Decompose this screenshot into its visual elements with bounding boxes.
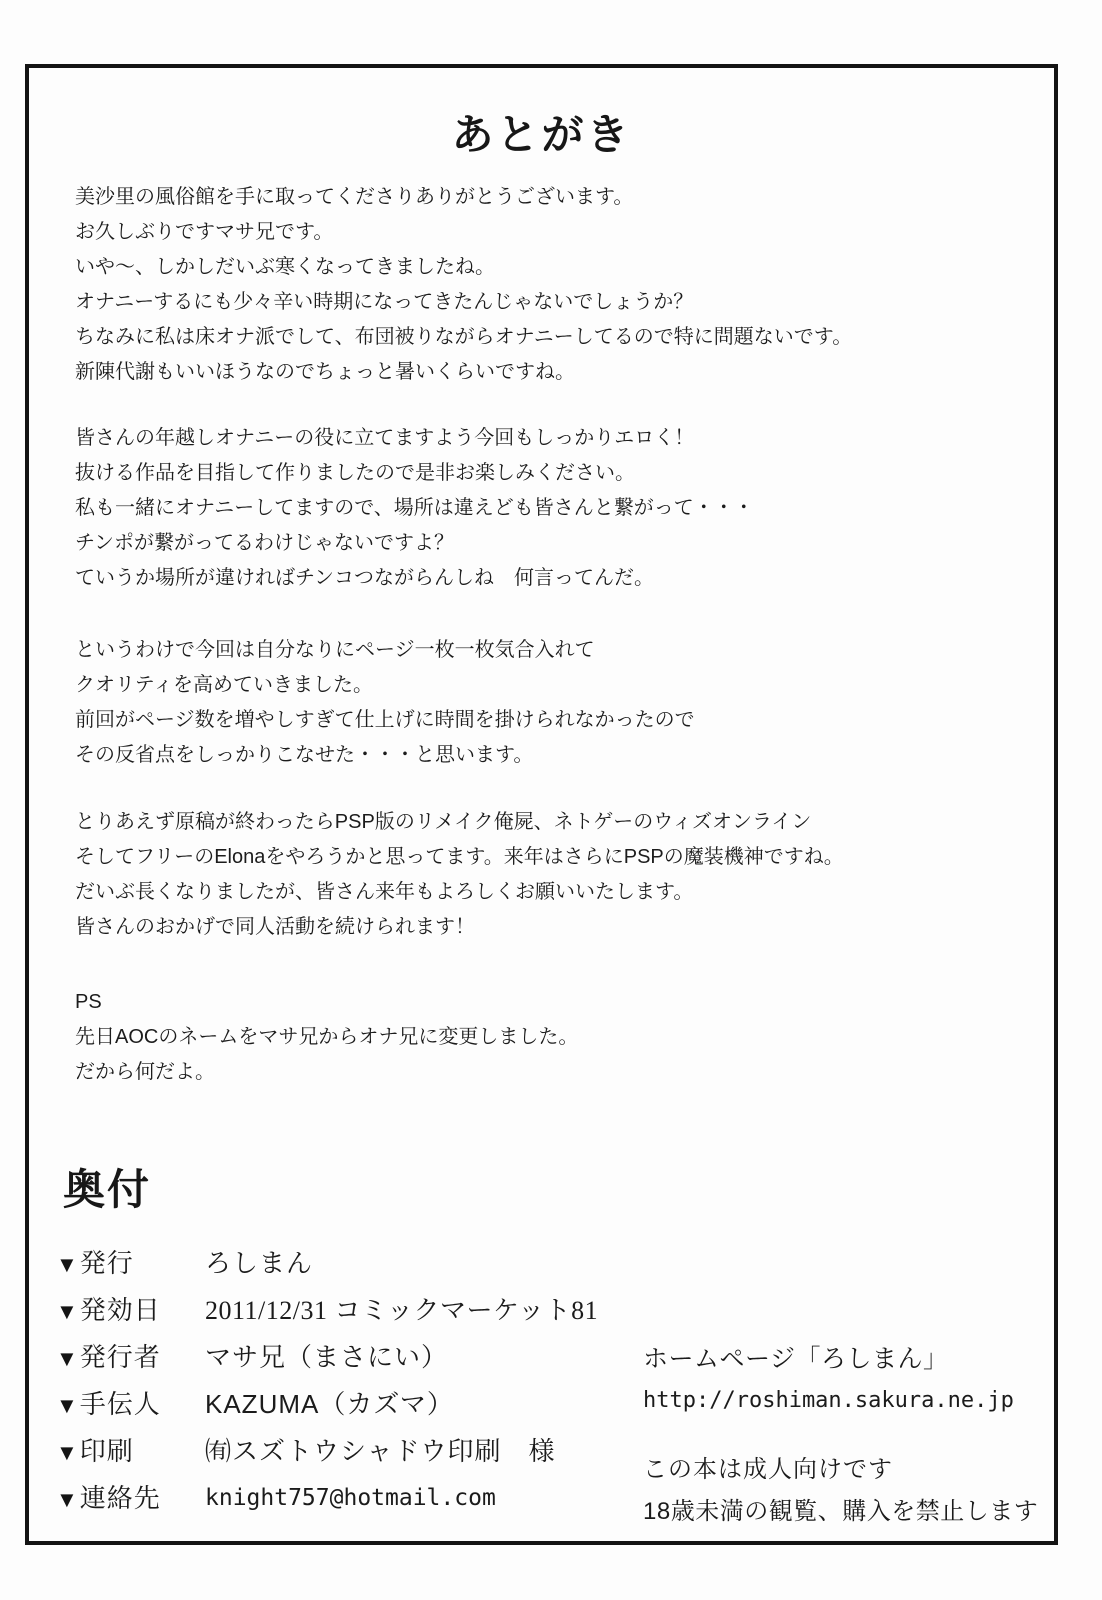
colophon-heading: 奥付 — [63, 1157, 151, 1217]
adult-notice-line1: この本は成人向けです — [643, 1449, 893, 1484]
adult-notice-line2: 18歳未満の観覧、購入を禁止します — [643, 1491, 1038, 1526]
afterword-line: オナニーするにも少々辛い時期になってきたんじゃないでしょうか？ — [75, 285, 1038, 320]
afterword-line: いや～、しかしだいぶ寒くなってきましたね。 — [75, 250, 1038, 285]
colophon-value: マサ兄（まさにい） — [205, 1334, 448, 1381]
afterword-line: 新陳代謝もいいほうなのでちょっと暑いくらいですね。 — [75, 355, 1038, 390]
afterword-line: 私も一緒にオナニーしてますので、場所は違えども皆さんと繋がって・・・ — [75, 491, 1038, 526]
contact-email: knight757@hotmail.com — [205, 1475, 496, 1522]
afterword-paragraph-2: 皆さんの年越しオナニーの役に立てますよう今回もしっかりエロく！ 抜ける作品を目指… — [75, 421, 1038, 596]
afterword-line: ていうか場所が違ければチンコつながらんしね 何言ってんだ。 — [75, 561, 1038, 596]
triangle-marker-icon: ▼ — [56, 1393, 78, 1418]
afterword-line: その反省点をしっかりこなせた・・・と思います。 — [75, 738, 1038, 773]
colophon-value: KAZUMA（カズマ） — [205, 1381, 454, 1428]
triangle-marker-icon: ▼ — [56, 1440, 78, 1465]
homepage-label: ホームページ「ろしまん」 — [643, 1339, 949, 1375]
triangle-marker-icon: ▼ — [56, 1299, 78, 1324]
colophon-label: 連絡先 — [80, 1483, 161, 1513]
afterword-paragraph-1: 美沙里の風俗館を手に取ってくださりありがとうございます。 お久しぶりですマサ兄で… — [75, 180, 1038, 390]
afterword-line: 皆さんのおかげで同人活動を続けられます！ — [75, 910, 1038, 945]
afterword-line: だから何だよ。 — [75, 1055, 1038, 1090]
triangle-marker-icon: ▼ — [56, 1346, 78, 1371]
afterword-line: クオリティを高めていきました。 — [75, 668, 1038, 703]
afterword-paragraph-ps: PS 先日AOCのネームをマサ兄からオナ兄に変更しました。 だから何だよ。 — [75, 985, 1038, 1090]
afterword-line: PS — [75, 985, 1038, 1020]
colophon-label: 印刷 — [80, 1436, 134, 1466]
afterword-line: とりあえず原稿が終わったらPSP版のリメイク俺屍、ネトゲーのウィズオンライン — [75, 805, 1038, 840]
content-frame: あとがき 美沙里の風俗館を手に取ってくださりありがとうございます。 お久しぶりで… — [25, 64, 1058, 1545]
triangle-marker-icon: ▼ — [56, 1252, 78, 1277]
afterword-line: チンポが繋がってるわけじゃないですよ？ — [75, 526, 1038, 561]
afterword-paragraph-4: とりあえず原稿が終わったらPSP版のリメイク俺屍、ネトゲーのウィズオンライン そ… — [75, 805, 1038, 945]
site-info-block: ホームページ「ろしまん」 http://roshiman.sakura.ne.j… — [643, 1339, 1047, 1559]
afterword-line: だいぶ長くなりましたが、皆さん来年もよろしくお願いいたします。 — [75, 875, 1038, 910]
afterword-line: お久しぶりですマサ兄です。 — [75, 215, 1038, 250]
colophon-label: 手伝人 — [80, 1389, 161, 1419]
afterword-line: ちなみに私は床オナ派でして、布団被りながらオナニーしてるので特に問題ないです。 — [75, 320, 1038, 355]
colophon-row-publisher: ▼発行 ろしまん — [56, 1240, 1038, 1287]
afterword-line: 皆さんの年越しオナニーの役に立てますよう今回もしっかりエロく！ — [75, 421, 1038, 456]
colophon-value: ろしまん — [205, 1240, 313, 1287]
afterword-line: 抜ける作品を目指して作りましたので是非お楽しみください。 — [75, 456, 1038, 491]
triangle-marker-icon: ▼ — [56, 1487, 78, 1512]
afterword-line: というわけで今回は自分なりにページ一枚一枚気合入れて — [75, 633, 1038, 668]
afterword-line: そしてフリーのElonaをやろうかと思ってます。来年はさらにPSPの魔装機神です… — [75, 840, 1038, 875]
afterword-line: 先日AOCのネームをマサ兄からオナ兄に変更しました。 — [75, 1020, 1038, 1055]
colophon-row-issue-date: ▼発効日 2011/12/31 コミックマーケット81 — [56, 1287, 1038, 1334]
afterword-line: 美沙里の風俗館を手に取ってくださりありがとうございます。 — [75, 180, 1038, 215]
colophon-label: 発行 — [80, 1248, 134, 1278]
colophon-label: 発効日 — [80, 1295, 161, 1325]
afterword-title: あとがき — [29, 102, 1054, 162]
scanned-afterword-page: あとがき 美沙里の風俗館を手に取ってくださりありがとうございます。 お久しぶりで… — [0, 0, 1102, 1600]
colophon-value: 2011/12/31 コミックマーケット81 — [205, 1287, 598, 1334]
afterword-paragraph-3: というわけで今回は自分なりにページ一枚一枚気合入れて クオリティを高めていきまし… — [75, 633, 1038, 773]
colophon-value: ㈲スズトウシャドウ印刷 様 — [205, 1428, 555, 1475]
colophon-label: 発行者 — [80, 1342, 161, 1372]
homepage-url: http://roshiman.sakura.ne.jp — [643, 1388, 1014, 1413]
afterword-line: 前回がページ数を増やしすぎて仕上げに時間を掛けられなかったので — [75, 703, 1038, 738]
